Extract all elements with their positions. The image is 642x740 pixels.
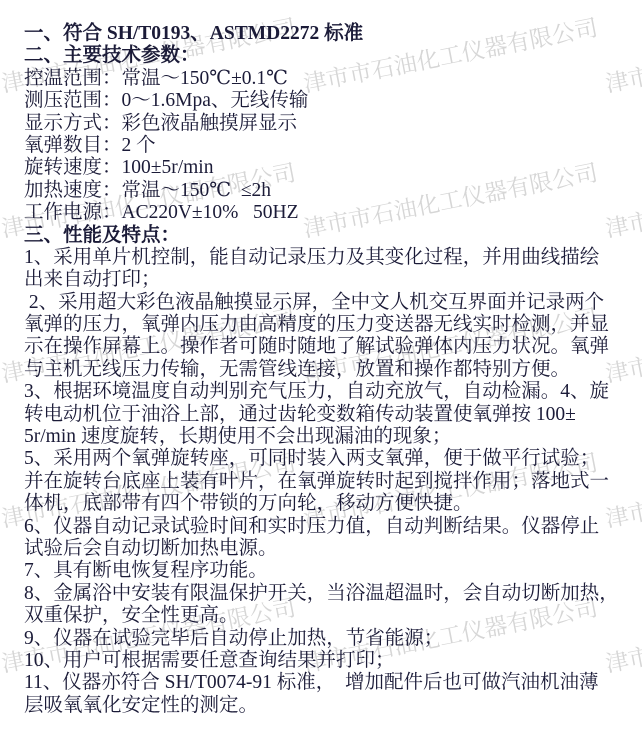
body-line: 5、采用两个氧弹旋转座，可同时装入两支氧弹，便于做平行试验；	[24, 448, 624, 470]
body-line: 并在旋转台底座上装有叶片，在氧弹旋转时起到搅拌作用；落地式一	[24, 471, 624, 493]
body-line: 转电动机位于油浴上部，通过齿轮变数箱传动装置使氧弹按 100±	[24, 404, 624, 426]
document-body: 一、符合 SH/T0193、ASTMD2272 标准二、主要技术参数：控温范围：…	[24, 23, 624, 717]
body-line: 双重保护，安全性更高。	[24, 605, 624, 627]
body-line: 出来自动打印；	[24, 269, 624, 291]
body-line: 10、用户可根据需要任意查询结果并打印；	[24, 650, 624, 672]
body-line: 试验后会自动切断加热电源。	[24, 538, 624, 560]
heading-line: 一、符合 SH/T0193、ASTMD2272 标准	[24, 23, 624, 45]
body-line: 与主机无线压力传输，无需管线连接，放置和操作都特别方便。	[24, 359, 624, 381]
body-line: 5r/min 速度旋转，长期使用不会出现漏油的现象；	[24, 426, 624, 448]
body-line: 2、采用超大彩色液晶触摸显示屏，全中文人机交互界面并记录两个	[24, 292, 624, 314]
body-line: 3、根据环境温度自动判别充气压力，自动充放气，自动检漏。4、旋	[24, 381, 624, 403]
body-line: 示在操作屏幕上。操作者可随时随地了解试验弹体内压力状况。氧弹	[24, 336, 624, 358]
body-line: 8、金属浴中安装有限温保护开关，当浴温超温时，会自动切断加热，	[24, 583, 624, 605]
body-line: 体机，底部带有四个带锁的万向轮，移动方便快捷。	[24, 493, 624, 515]
heading-line: 二、主要技术参数：	[24, 45, 624, 67]
body-line: 7、具有断电恢复程序功能。	[24, 560, 624, 582]
body-line: 测压范围：0～1.6Mpa、无线传输	[24, 90, 624, 112]
body-line: 旋转速度：100±5r/min	[24, 157, 624, 179]
body-line: 1、采用单片机控制，能自动记录压力及其变化过程，并用曲线描绘	[24, 247, 624, 269]
heading-line: 三、性能及特点：	[24, 225, 624, 247]
body-line: 加热速度：常温～150℃ ≤2h	[24, 180, 624, 202]
body-line: 控温范围：常温～150℃±0.1℃	[24, 68, 624, 90]
body-line: 显示方式：彩色液晶触摸屏显示	[24, 113, 624, 135]
body-line: 6、仪器自动记录试验时间和实时压力值，自动判断结果。仪器停止	[24, 516, 624, 538]
body-line: 11、仪器亦符合 SH/T0074-91 标准， 增加配件后也可做汽油机油薄	[24, 672, 624, 694]
body-line: 氧弹数目：2 个	[24, 135, 624, 157]
body-line: 工作电源：AC220V±10% 50HZ	[24, 202, 624, 224]
body-line: 氧弹的压力，氧弹内压力由高精度的压力变送器无线实时检测，并显	[24, 314, 624, 336]
body-line: 层吸氧氧化安定性的测定。	[24, 695, 624, 717]
document-page: 津市市石油化工仪器有限公司津市市石油化工仪器有限公司津市市石油化工仪器有限公司津…	[0, 0, 642, 740]
body-line: 9、仪器在试验完毕后自动停止加热，节省能源；	[24, 628, 624, 650]
